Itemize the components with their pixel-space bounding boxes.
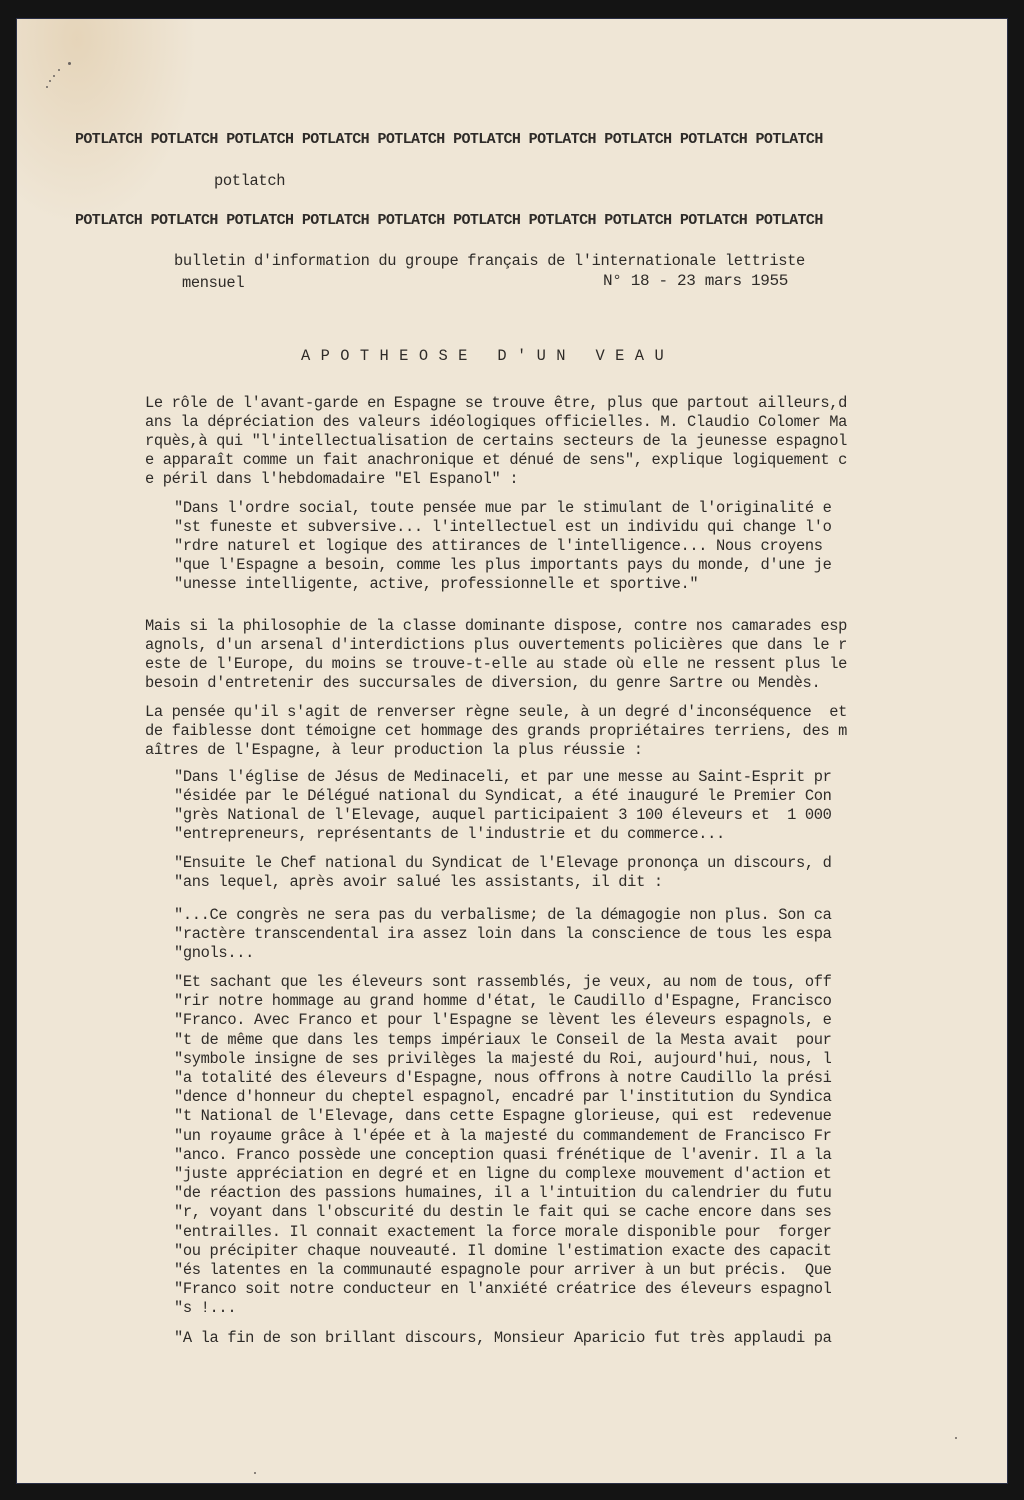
text-line: "rdre naturel et logique des attirances …: [174, 537, 823, 555]
text-line: "t de même que dans les temps impériaux …: [174, 1031, 832, 1049]
text-line: agnols, d'un arsenal d'interdictions plu…: [145, 636, 847, 654]
text-line: "a totalité des éleveurs d'Espagne, nous…: [174, 1069, 832, 1087]
banner-bottom: POTLATCH POTLATCH POTLATCH POTLATCH POTL…: [75, 212, 823, 229]
text-line: Le rôle de l'avant-garde en Espagne se t…: [145, 394, 847, 412]
text-line: "juste appréciation en degré et en ligne…: [174, 1165, 832, 1183]
text-line: de faiblesse dont témoigne cet hommage d…: [145, 722, 847, 740]
text-line: "que l'Espagne a besoin, comme les plus …: [174, 556, 832, 574]
text-line: "...Ce congrès ne sera pas du verbalisme…: [174, 906, 832, 924]
text-line: "A la fin de son brillant discours, Mons…: [174, 1329, 832, 1347]
text-line: "ractère transcendental ira assez loin d…: [174, 925, 832, 943]
text-line: "Franco. Avec Franco et pour l'Espagne s…: [174, 1011, 832, 1029]
text-line: "t National de l'Elevage, dans cette Esp…: [174, 1107, 832, 1125]
text-line: besoin d'entretenir des succursales de d…: [145, 674, 820, 692]
frequency: mensuel: [182, 274, 244, 292]
paper-speck: [955, 1437, 957, 1439]
text-line: "grès National de l'Elevage, auquel part…: [174, 806, 832, 824]
text-line: "ésidée par le Délégué national du Syndi…: [174, 787, 832, 805]
paper-speck: [254, 1472, 256, 1474]
text-line: "ou précipiter chaque nouveauté. Il domi…: [174, 1242, 832, 1260]
text-line: "rir notre hommage au grand homme d'état…: [174, 992, 832, 1010]
text-line: e péril dans l'hebdomadaire "El Espanol"…: [145, 470, 518, 488]
text-line: "Et sachant que les éleveurs sont rassem…: [174, 973, 832, 991]
text-line: "entrepreneurs, représentants de l'indus…: [174, 825, 725, 843]
text-line: "st funeste et subversive... l'intellect…: [174, 518, 832, 536]
text-line: ans la dépréciation des valeurs idéologi…: [145, 413, 847, 431]
text-line: La pensée qu'il s'agit de renverser règn…: [145, 703, 847, 721]
text-line: "és latentes en la communauté espagnole …: [174, 1261, 832, 1279]
text-line: este de l'Europe, du moins se trouve-t-e…: [145, 655, 847, 673]
text-line: "un royaume grâce à l'épée et à la majes…: [174, 1127, 832, 1145]
subtitle: bulletin d'information du groupe françai…: [174, 252, 805, 270]
article-title: APOTHEOSE D'UN VEAU: [301, 347, 674, 365]
text-line: "ans lequel, après avoir salué les assis…: [174, 873, 663, 891]
text-line: aîtres de l'Espagne, à leur production l…: [145, 741, 643, 759]
staple-marks: [42, 49, 82, 89]
text-line: "gnols...: [174, 944, 254, 962]
text-line: "s !...: [174, 1299, 236, 1317]
text-line: "anco. Franco possède une conception qua…: [174, 1146, 832, 1164]
text-line: "r, voyant dans l'obscurité du destin le…: [174, 1203, 832, 1221]
text-line: "entrailles. Il connait exactement la fo…: [174, 1223, 832, 1241]
text-line: "Franco soit notre conducteur en l'anxié…: [174, 1280, 832, 1298]
masthead: potlatch: [214, 172, 285, 190]
text-line: rquès,à qui "l'intellectualisation de ce…: [145, 432, 847, 450]
text-line: "symbole insigne de ses privilèges la ma…: [174, 1050, 832, 1068]
text-line: "Dans l'église de Jésus de Medinaceli, e…: [174, 768, 832, 786]
text-line: "Dans l'ordre social, toute pensée mue p…: [174, 499, 832, 517]
issue-number-date: N° 18 - 23 mars 1955: [603, 272, 788, 290]
text-line: "de réaction des passions humaines, il a…: [174, 1184, 832, 1202]
text-line: "Ensuite le Chef national du Syndicat de…: [174, 854, 832, 872]
document-page: POTLATCH POTLATCH POTLATCH POTLATCH POTL…: [17, 19, 1007, 1483]
banner-top: POTLATCH POTLATCH POTLATCH POTLATCH POTL…: [75, 131, 823, 148]
text-line: e apparaît comme un fait anachronique et…: [145, 451, 847, 469]
text-line: "unesse intelligente, active, profession…: [174, 575, 698, 593]
text-line: Mais si la philosophie de la classe domi…: [145, 617, 847, 635]
text-line: "dence d'honneur du cheptel espagnol, en…: [174, 1088, 832, 1106]
